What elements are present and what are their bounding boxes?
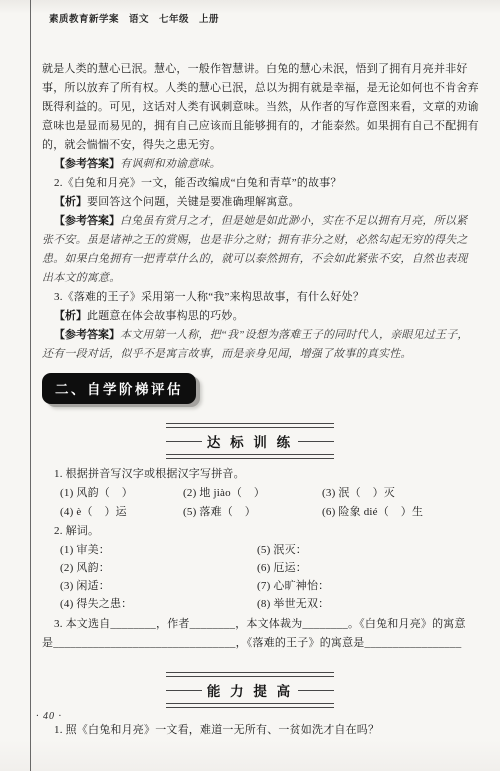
q2-stem: 2. 解词。 xyxy=(42,522,458,541)
answer-line: 就是人类的慧心已泯。慧心，一般作智慧讲。白兔的慧心未泯，悟到了拥有月亮并非好 xyxy=(42,60,458,79)
banner-rule xyxy=(166,427,334,428)
q1-cell: (4) è（ ）运 xyxy=(60,503,183,522)
scanned-workbook-page: 素质教育新学案 语文 七年级 上册 就是人类的慧心已泯。慧心，一般作智慧讲。白兔… xyxy=(0,0,500,771)
answer-text: 本文用第一人称，把“我”设想为落难王子的同时代人，亲眼见过王子， xyxy=(120,329,469,341)
q2-cell: (1) 审美： xyxy=(60,541,257,559)
page-content: 就是人类的慧心已泯。慧心，一般作智慧讲。白兔的慧心未泯，悟到了拥有月亮并非好 事… xyxy=(42,0,458,740)
q1-stem: 1. 根据拼音写汉字或根据汉字写拼音。 xyxy=(42,465,458,484)
banner-rule xyxy=(298,690,334,691)
training-banner-title: 达 标 训 练 xyxy=(207,431,293,451)
q2-cell: (6) 厄运： xyxy=(257,559,458,577)
banner-title-row: 能 力 提 高 xyxy=(166,680,334,700)
banner-rule xyxy=(166,690,202,691)
improve-q1: 1. 照《白兔和月亮》一文看，难道一无所有、一贫如洗才自在吗？ xyxy=(42,721,458,740)
page-number: · 40 · xyxy=(36,711,62,722)
answer-line: 事，所以放弃了所有权。人类的慧心已泯，总以为拥有就是幸福，是无论如何也不肯舍弃 xyxy=(42,79,458,98)
q3-line: 3. 本文选自________，作者________，本文体裁为________… xyxy=(42,615,458,634)
answers-section: 就是人类的慧心已泯。慧心，一般作智慧讲。白兔的慧心未泯，悟到了拥有月亮并非好 事… xyxy=(42,0,458,364)
answer-label: 【参考答案】 xyxy=(54,215,120,227)
answer-text: 有讽刺和劝谕意味。 xyxy=(120,158,221,170)
section-banner-self-assessment: 二、自学阶梯评估 xyxy=(42,373,196,404)
answer-text: 意味也是显而易见的，拥有自己应该而且能够拥有的，才能泰然。如果拥有自己不配拥有 xyxy=(42,120,479,132)
answer-line: 出本文的寓意。 xyxy=(42,269,458,288)
answer-label: 【参考答案】 xyxy=(54,158,120,170)
answer-line: 的，就会惴惴不安，得失之患无穷。 xyxy=(42,136,458,155)
banner-rule xyxy=(166,672,334,673)
analysis-line: 【析】此题意在体会故事构思的巧妙。 xyxy=(42,307,458,326)
answer-line: 既得利益的。可见，这话对人类有讽刺意味。当然，从作者的写作意图来看，文章的劝谕 xyxy=(42,98,458,117)
q2-cell: (5) 泯灭： xyxy=(257,541,458,559)
banner-rule xyxy=(166,676,334,677)
banner-rule xyxy=(166,441,202,442)
analysis-label: 【析】 xyxy=(54,310,87,322)
q2-definitions-grid: (1) 审美： (5) 泯灭： (2) 风韵： (6) 厄运： (3) 闲适： … xyxy=(42,541,458,613)
banner-rule xyxy=(166,707,334,708)
analysis-text: 要回答这个问题，关键是要准确理解寓意。 xyxy=(87,196,300,208)
answer-line: 意味也是显而易见的，拥有自己应该而且能够拥有的，才能泰然。如果拥有自己不配拥有 xyxy=(42,117,458,136)
analysis-label: 【析】 xyxy=(54,196,87,208)
banner-rule xyxy=(166,458,334,459)
analysis-text: 此题意在体会故事构思的巧妙。 xyxy=(87,310,244,322)
q1-cell: (2) 地 jiào（ ） xyxy=(183,484,322,503)
answer-text: 还有一段对话，似乎不是寓言故事，而是亲身见闻，增强了故事的真实性。 xyxy=(42,348,412,360)
question-line: 3.《落难的王子》采用第一人称“我”来构思故事，有什么好处？ xyxy=(42,288,458,307)
answer-line: 【参考答案】白兔虽有赏月之才，但是她是如此渺小，实在不足以拥有月亮，所以紧 xyxy=(42,212,458,231)
q3-fill-blanks: 3. 本文选自________，作者________，本文体裁为________… xyxy=(42,615,458,653)
q1-cell: (1) 风韵（ ） xyxy=(60,484,183,503)
answer-text: 白兔虽有赏月之才，但是她是如此渺小，实在不足以拥有月亮，所以紧 xyxy=(120,215,467,227)
question-text: 2.《白兔和月亮》一文，能否改编成“白兔和青草”的故事？ xyxy=(54,177,342,189)
q1-cell: (6) 险象 dié（ ）生 xyxy=(322,503,458,522)
answer-text: 既得利益的。可见，这话对人类有讽刺意味。当然，从作者的写作意图来看，文章的劝谕 xyxy=(42,101,479,113)
banner-rule xyxy=(166,703,334,704)
q2-cell: (3) 闲适： xyxy=(60,577,257,595)
answer-text: 就是人类的慧心已泯。慧心，一般作智慧讲。白兔的慧心未泯，悟到了拥有月亮并非好 xyxy=(42,63,468,75)
question-line: 2.《白兔和月亮》一文，能否改编成“白兔和青草”的故事？ xyxy=(42,174,458,193)
q2-cell: (4) 得失之患： xyxy=(60,595,257,613)
answer-line: 患。如果白兔拥有一把青草什么的，就可以泰然拥有，不会如此紧张不安，自然也表现 xyxy=(42,250,458,269)
question-text: 3.《落难的王子》采用第一人称“我”来构思故事，有什么好处？ xyxy=(54,291,364,303)
banner-rule xyxy=(166,423,334,424)
answer-line: 【参考答案】有讽刺和劝谕意味。 xyxy=(42,155,458,174)
answer-text: 患。如果白兔拥有一把青草什么的，就可以泰然拥有，不会如此紧张不安，自然也表现 xyxy=(42,253,468,265)
answer-text: 事，所以放弃了所有权。人类的慧心已泯，总以为拥有就是幸福，是无论如何也不肯舍弃 xyxy=(42,82,479,94)
scan-edge-line xyxy=(30,0,31,771)
answer-text: 出本文的寓意。 xyxy=(42,272,120,284)
answer-line: 还有一段对话，似乎不是寓言故事，而是亲身见闻，增强了故事的真实性。 xyxy=(42,345,458,364)
answer-text: 的，就会惴惴不安，得失之患无穷。 xyxy=(42,139,221,151)
improve-banner: 能 力 提 高 xyxy=(166,672,334,708)
banner-rule xyxy=(298,441,334,442)
answer-label: 【参考答案】 xyxy=(54,329,120,341)
banner-rule xyxy=(166,454,334,455)
q2-cell: (8) 举世无双： xyxy=(257,595,458,613)
q3-line: 是________________________________，《落难的王子… xyxy=(42,634,458,653)
answer-line: 张不安。虽是诸神之王的赏赐，也是非分之财；拥有非分之财，必然勾起无穷的得失之 xyxy=(42,231,458,250)
answer-line: 【参考答案】本文用第一人称，把“我”设想为落难王子的同时代人，亲眼见过王子， xyxy=(42,326,458,345)
improve-banner-title: 能 力 提 高 xyxy=(207,680,293,700)
analysis-line: 【析】要回答这个问题，关键是要准确理解寓意。 xyxy=(42,193,458,212)
answer-text: 张不安。虽是诸神之王的赏赐，也是非分之财；拥有非分之财，必然勾起无穷的得失之 xyxy=(42,234,468,246)
q2-cell: (7) 心旷神怡： xyxy=(257,577,458,595)
q2-cell: (2) 风韵： xyxy=(60,559,257,577)
training-banner: 达 标 训 练 xyxy=(166,423,334,459)
q1-cell: (3) 泯（ ）灭 xyxy=(322,484,458,503)
q1-cell: (5) 落难（ ） xyxy=(183,503,322,522)
q1-pinyin-grid: (1) 风韵（ ） (2) 地 jiào（ ） (3) 泯（ ）灭 (4) è（… xyxy=(42,484,458,522)
banner-title-row: 达 标 训 练 xyxy=(166,431,334,451)
